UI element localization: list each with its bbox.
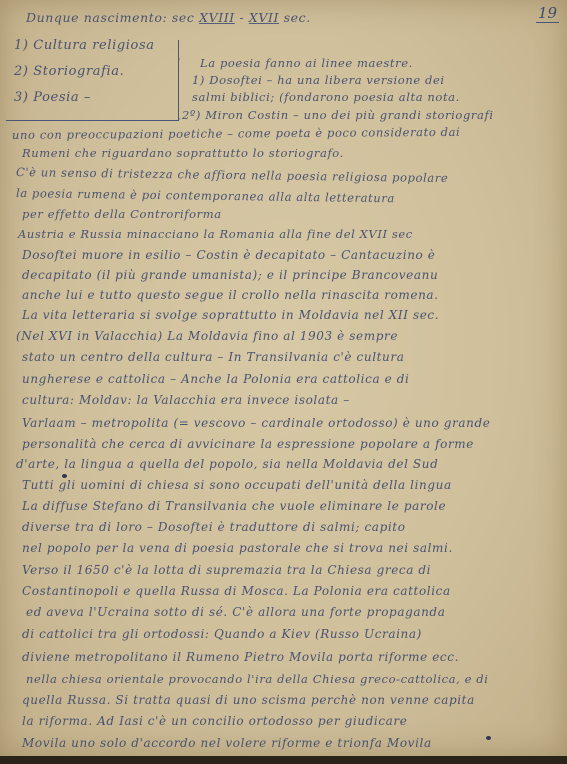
text-line-23: Costantinopoli e quella Russa di Mosca. … — [22, 584, 451, 598]
text-line-11: (Nel XVI in Valacchia) La Moldavia fino … — [16, 329, 398, 343]
text-line-22: Verso il 1650 c'è la lotta di supremazia… — [22, 563, 431, 577]
text-line-5: per effetto della Controriforma — [22, 207, 222, 221]
bracket-note-1: La poesia fanno ai linee maestre. — [200, 56, 413, 70]
header-century-b: XVII — [249, 10, 279, 25]
list-item-2: 2) Storiografia. — [14, 64, 124, 79]
text-line-6: Austria e Russia minacciano la Romania a… — [18, 227, 413, 241]
text-line-25: di cattolici tra gli ortodossi: Quando a… — [22, 627, 422, 641]
text-line-20: diverse tra di loro – Dosoftei è tradutt… — [22, 520, 406, 534]
header-century-a: XVIII — [199, 10, 235, 25]
text-line-13: ungherese e cattolica – Anche la Polonia… — [22, 372, 409, 386]
text-line-10: La vita letteraria si svolge soprattutto… — [22, 308, 439, 322]
text-line-4: la poesia rumena è poi contemporanea all… — [16, 186, 395, 205]
header-text: Dunque nascimento: sec — [26, 10, 199, 25]
header-line: Dunque nascimento: sec XVIII - XVII sec. — [26, 10, 311, 25]
text-line-15: Varlaam – metropolita (= vescovo – cardi… — [22, 416, 490, 430]
scan-edge — [0, 756, 567, 764]
ink-blot — [62, 474, 67, 478]
text-line-12: stato un centro della cultura – In Trans… — [22, 350, 404, 364]
text-line-17: d'arte, la lingua a quella del popolo, s… — [16, 457, 438, 471]
text-line-18: Tutti gli uomini di chiesa si sono occup… — [22, 478, 452, 492]
text-line-19: La diffuse Stefano di Transilvania che v… — [22, 499, 446, 513]
manuscript-page: 19 Dunque nascimento: sec XVIII - XVII s… — [0, 0, 567, 756]
text-line-3: C'è un senso di tristezza che affiora ne… — [16, 165, 448, 185]
bracket-note-4: 2º) Miron Costin – uno dei più grandi st… — [182, 108, 494, 122]
text-line-21: nel popolo per la vena di poesia pastora… — [22, 541, 453, 555]
text-line-9: anche lui e tutto questo segue il crollo… — [22, 288, 439, 302]
text-line-7: Dosoftei muore in esilio – Costin è deca… — [22, 248, 435, 262]
page-number: 19 — [536, 4, 559, 23]
text-line-16: personalità che cerca di avvicinare la e… — [22, 437, 474, 451]
list-item-1: 1) Cultura religiosa — [14, 38, 155, 53]
text-line-2: Rumeni che riguardano soprattutto lo sto… — [22, 146, 344, 160]
list-item-3: 3) Poesia – — [14, 90, 91, 105]
text-line-14: cultura: Moldav: la Valacchia era invece… — [22, 393, 350, 407]
text-line-28: quella Russa. Si tratta quasi di uno sci… — [22, 693, 475, 707]
text-line-27: nella chiesa orientale provocando l'ira … — [26, 672, 489, 686]
bracket-note-3: salmi biblici; (fondarono poesia alta no… — [192, 90, 460, 104]
text-line-8: decapitato (il più grande umanista); e i… — [22, 268, 438, 282]
text-line-24: ed aveva l'Ucraina sotto di sé. C'è allo… — [26, 605, 445, 619]
header-separator: - — [235, 10, 249, 25]
header-suffix: sec. — [279, 10, 311, 25]
ink-blot — [486, 736, 491, 740]
text-line-26: diviene metropolitano il Rumeno Pietro M… — [22, 650, 459, 664]
text-line-1: uno con preoccupazioni poetiche – come p… — [12, 125, 460, 142]
text-line-29: la riforma. Ad Iasi c'è un concilio orto… — [22, 714, 407, 728]
bracket-note-2: 1) Dosoftei – ha una libera versione dei — [192, 73, 445, 87]
text-line-30: Movila uno solo d'accordo nel volere rif… — [22, 736, 432, 750]
